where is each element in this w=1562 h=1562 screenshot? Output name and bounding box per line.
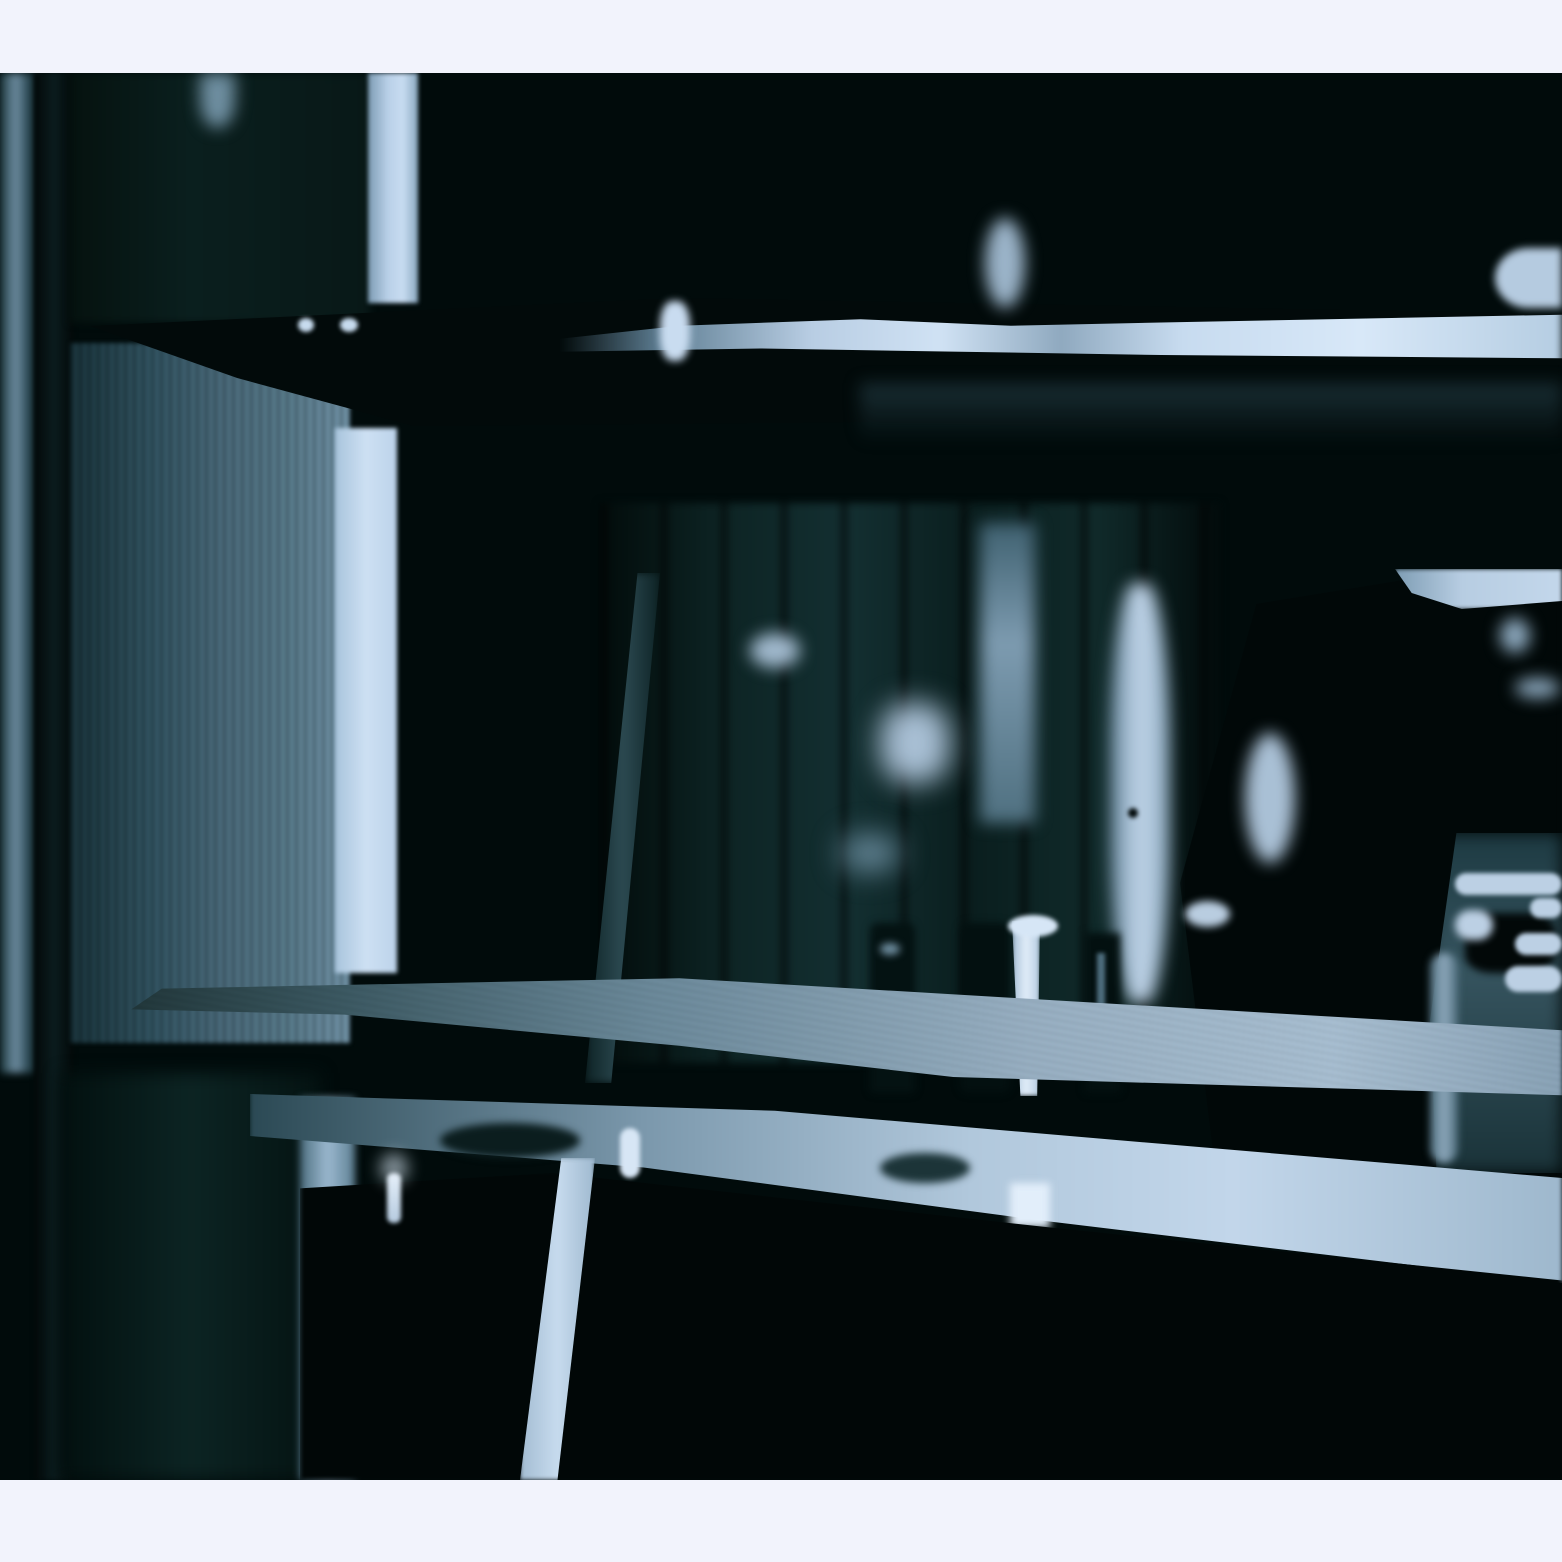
shelf-nail-highlight [298,318,314,332]
face-highlight [1515,678,1560,698]
shelf-stain [880,1153,970,1183]
left-wall-planks [70,343,350,1043]
plank-knot [1128,808,1138,818]
candle-top [1008,915,1058,937]
face-highlight [1500,618,1530,653]
shoulder-highlight [1245,733,1295,863]
hand-highlight [1185,901,1230,927]
shelf-shine [1010,1183,1050,1228]
thumb [1455,910,1493,940]
finger [1505,966,1562,992]
shelf-nail-highlight [340,318,358,332]
shelf-stain [440,1123,580,1158]
finger [1455,873,1562,895]
upper-shelf-underside [860,383,1562,443]
vertical-post-upper [368,73,418,303]
shelf-highlight [985,218,1025,308]
finger [1530,898,1562,918]
shelf-highlight [1495,248,1562,308]
background-highlight [880,703,950,783]
small-candle [387,1173,401,1223]
photograph [0,73,1562,1480]
bottle-highlight [880,943,900,955]
background-highlight [840,833,900,873]
shelf-highlight [660,301,690,361]
wax-drip [620,1128,640,1178]
finger [1515,933,1562,955]
vertical-post-lower [335,428,397,973]
top-hook [200,73,235,128]
background-highlight [750,633,800,668]
background-plank-lit [980,523,1035,823]
